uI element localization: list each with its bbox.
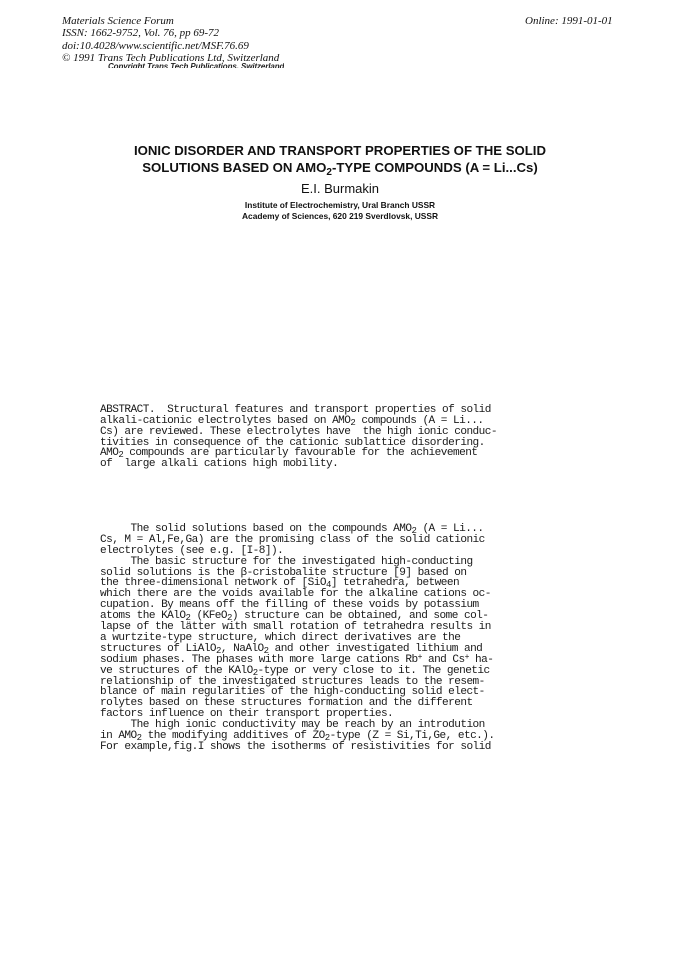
text-line: Cs) are reviewed. These electrolytes hav… — [100, 427, 580, 438]
text-line: alkali-cationic electrolytes based on AM… — [100, 416, 580, 427]
affiliation-line-2: Academy of Sciences, 620 219 Sverdlovsk,… — [100, 211, 580, 222]
author-name: E.I. Burmakin — [100, 181, 580, 196]
title-line-2: SOLUTIONS BASED ON AMO2-TYPE COMPOUNDS (… — [100, 160, 580, 177]
title-line-2-rest: -TYPE COMPOUNDS (A = Li...Cs) — [332, 160, 538, 175]
paper-title: IONIC DISORDER AND TRANSPORT PROPERTIES … — [100, 143, 580, 176]
journal-header: Materials Science Forum ISSN: 1662-9752,… — [62, 15, 279, 65]
text-line: of large alkali cations high mobility. — [100, 459, 580, 470]
abstract: ABSTRACT. Structural features and transp… — [100, 405, 580, 470]
text-line: For example,fig.I shows the isotherms of… — [100, 742, 580, 753]
author-affiliation: Institute of Electrochemistry, Ural Bran… — [100, 200, 580, 222]
text-line: electrolytes (see e.g. [I-8]). — [100, 546, 580, 557]
text-line: ve structures of the KAlO2-type or very … — [100, 666, 580, 677]
doi-link[interactable]: doi:10.4028/www.scientific.net/MSF.76.69 — [62, 40, 279, 52]
clipped-copyright-stamp: Copyright Trans Tech Publications, Switz… — [108, 63, 284, 68]
text-line: The basic structure for the investigated… — [100, 557, 580, 568]
paper-body: ABSTRACT. Structural features and transp… — [100, 383, 580, 764]
journal-name: Materials Science Forum — [62, 15, 279, 27]
issn-line: ISSN: 1662-9752, Vol. 76, pp 69-72 — [62, 27, 279, 39]
paragraph-gap — [100, 492, 580, 502]
body-paragraphs: The solid solutions based on the compoun… — [100, 524, 580, 753]
online-date: Online: 1991-01-01 — [525, 15, 613, 27]
title-line-1: IONIC DISORDER AND TRANSPORT PROPERTIES … — [100, 143, 580, 160]
title-line-2-text: SOLUTIONS BASED ON AMO — [142, 160, 326, 175]
affiliation-line-1: Institute of Electrochemistry, Ural Bran… — [100, 200, 580, 211]
